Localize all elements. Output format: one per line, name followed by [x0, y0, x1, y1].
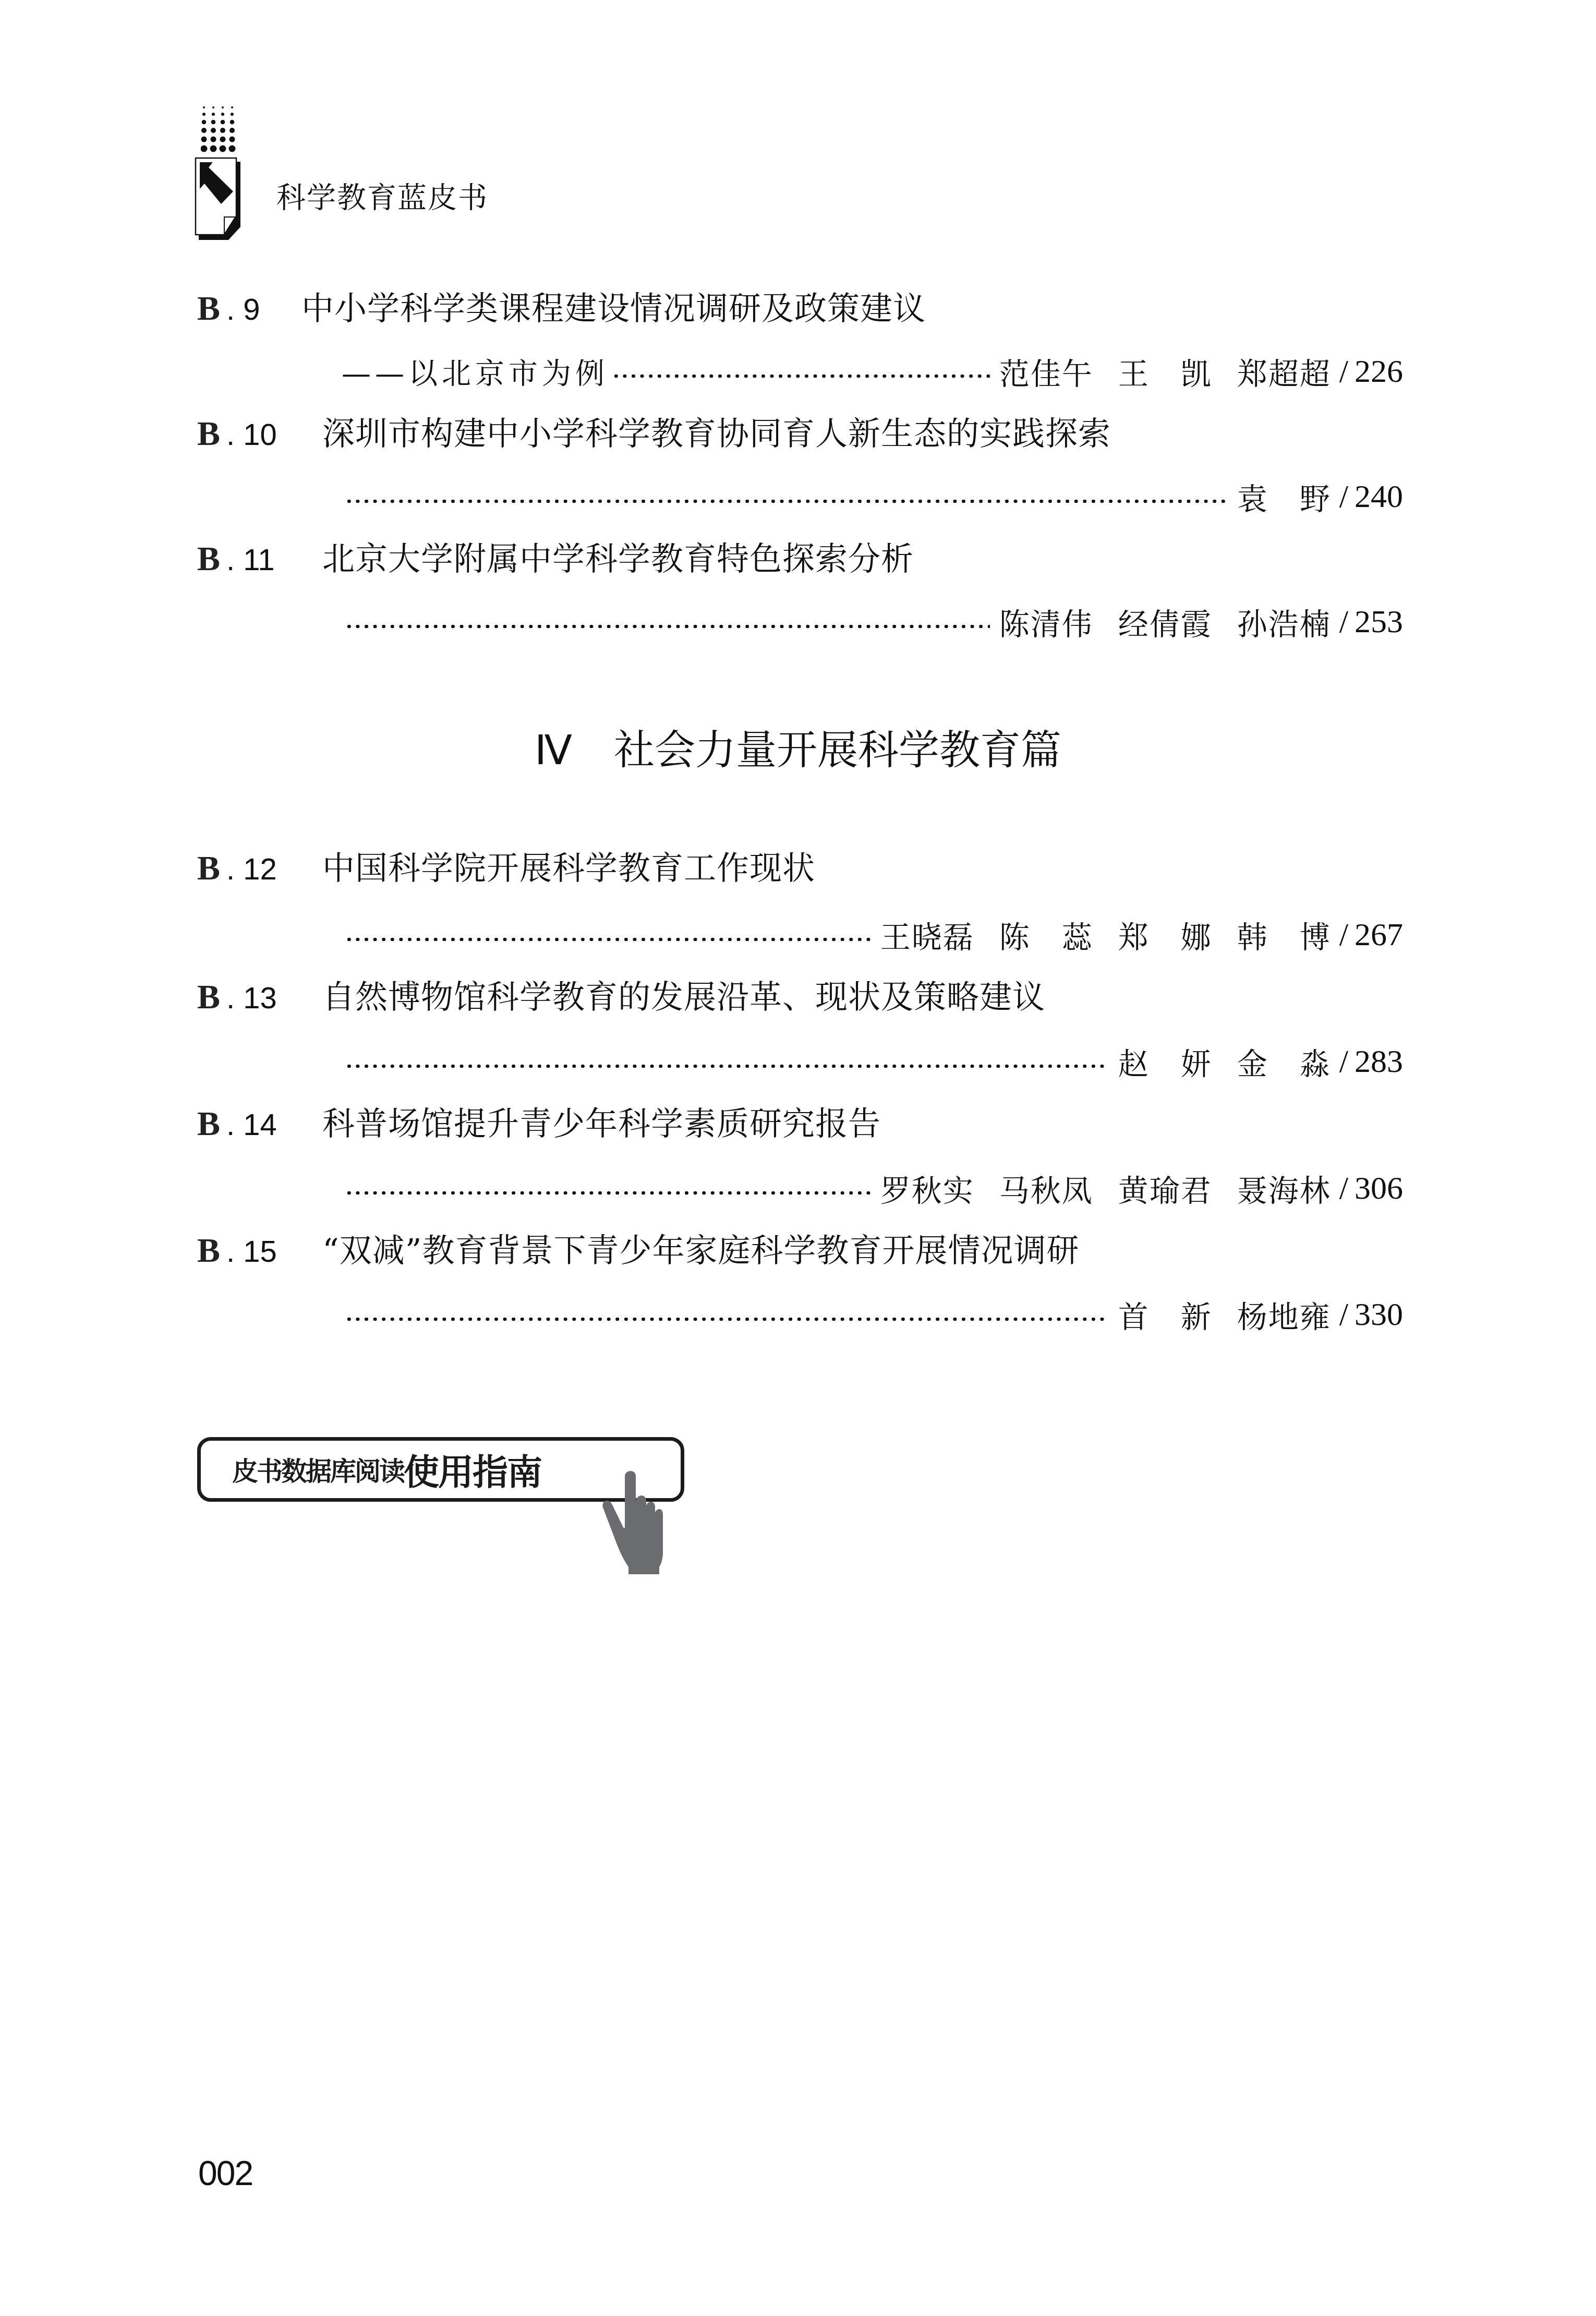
toc-entry-b9-authors: ——以北京市为例 范佳午王 凯郑超超 /226 [342, 351, 1403, 392]
toc-entry-b15-authors: 首 新杨地雍 /330 [342, 1294, 1403, 1335]
entry-title[interactable]: 自然博物馆科学教育的发展沿革、现状及策略建议 [322, 981, 1045, 1014]
toc-entry-b10-authors: 袁 野 /240 [342, 476, 1403, 517]
entry-title[interactable]: 北京大学附属中学科学教育特色探索分析 [322, 543, 914, 575]
guide-label-large: 使用指南 [404, 1444, 541, 1495]
section-numeral: Ⅳ [535, 728, 572, 773]
entry-number: B. 10 [197, 417, 322, 451]
entry-number: B. 14 [197, 1107, 322, 1141]
dot-leader [612, 373, 990, 379]
entry-title[interactable]: 中小学科学类课程建设情况调研及政策建议 [301, 293, 926, 325]
toc-entry-b11[interactable]: B. 11 北京大学附属中学科学教育特色探索分析 [197, 538, 1403, 580]
toc-entry-b13-authors: 赵 妍金 淼 /283 [342, 1041, 1403, 1082]
entry-number: B. 15 [197, 1234, 322, 1268]
entry-number: B. 13 [197, 980, 322, 1015]
toc-entry-b9[interactable]: B. 9 中小学科学类课程建设情况调研及政策建议 [197, 288, 1403, 330]
entry-page-number[interactable]: /330 [1339, 1296, 1403, 1333]
toc-entry-b13[interactable]: B. 13 自然博物馆科学教育的发展沿革、现状及策略建议 [197, 976, 1403, 1018]
dot-leader [345, 624, 990, 629]
entry-authors: 罗秋实马秋凤黄瑜君聂海林 [880, 1166, 1331, 1210]
entry-number: B. 12 [197, 851, 322, 886]
series-title: 科学教育蓝皮书 [276, 184, 488, 213]
dot-leader [345, 1190, 871, 1196]
entry-title[interactable]: 深圳市构建中小学科学教育协同育人新生态的实践探索 [322, 418, 1111, 450]
entry-page-number[interactable]: /283 [1339, 1043, 1403, 1080]
entry-authors: 范佳午王 凯郑超超 [999, 349, 1331, 393]
entry-page-number[interactable]: /306 [1339, 1170, 1403, 1207]
entry-authors: 陈清伟经倩霞孙浩楠 [999, 600, 1331, 644]
dot-leader [345, 499, 1228, 504]
entry-authors: 首 新杨地雍 [1118, 1293, 1331, 1336]
entry-authors: 袁 野 [1237, 475, 1331, 518]
toc-entry-b14-authors: 罗秋实马秋凤黄瑜君聂海林 /306 [342, 1167, 1403, 1209]
entry-title[interactable]: “双减”教育背景下青少年家庭科学教育开展情况调研 [322, 1235, 1079, 1267]
entry-number: B. 11 [197, 542, 322, 576]
entry-page-number[interactable]: /240 [1339, 478, 1403, 515]
toc-entry-b12-authors: 王晓磊陈 蕊郑 娜韩 博 /267 [342, 914, 1403, 956]
entry-page-number[interactable]: /226 [1339, 353, 1403, 390]
toc-entry-b15[interactable]: B. 15 “双减”教育背景下青少年家庭科学教育开展情况调研 [197, 1230, 1403, 1272]
pointing-hand-icon [595, 1471, 683, 1575]
toc-entry-b12[interactable]: B. 12 中国科学院开展科学教育工作现状 [197, 848, 1403, 889]
entry-title[interactable]: 科普场馆提升青少年科学素质研究报告 [322, 1108, 881, 1140]
entry-page-number[interactable]: /267 [1339, 916, 1403, 954]
dot-leader [345, 937, 871, 942]
toc-entry-b11-authors: 陈清伟经倩霞孙浩楠 /253 [342, 601, 1403, 643]
entry-number: B. 9 [197, 292, 301, 326]
entry-authors: 王晓磊陈 蕊郑 娜韩 博 [880, 913, 1331, 957]
page-number: 002 [198, 2153, 252, 2193]
entry-title[interactable]: 中国科学院开展科学教育工作现状 [322, 852, 815, 885]
toc-entry-b10[interactable]: B. 10 深圳市构建中小学科学教育协同育人新生态的实践探索 [197, 413, 1403, 455]
entry-authors: 赵 妍金 淼 [1118, 1040, 1331, 1083]
entry-subtitle: ——以北京市为例 [342, 351, 609, 392]
toc-entry-b14[interactable]: B. 14 科普场馆提升青少年科学素质研究报告 [197, 1103, 1403, 1145]
logo-dots-icon [201, 104, 237, 154]
dot-leader [345, 1317, 1109, 1322]
guide-label-small: 皮书数据库阅读 [232, 1451, 404, 1488]
section-heading[interactable]: Ⅳ社会力量开展科学教育篇 [0, 730, 1596, 771]
blue-book-logo-icon [195, 156, 243, 240]
dot-leader [345, 1064, 1109, 1069]
section-title: 社会力量开展科学教育篇 [614, 727, 1061, 774]
entry-page-number[interactable]: /253 [1339, 604, 1403, 641]
